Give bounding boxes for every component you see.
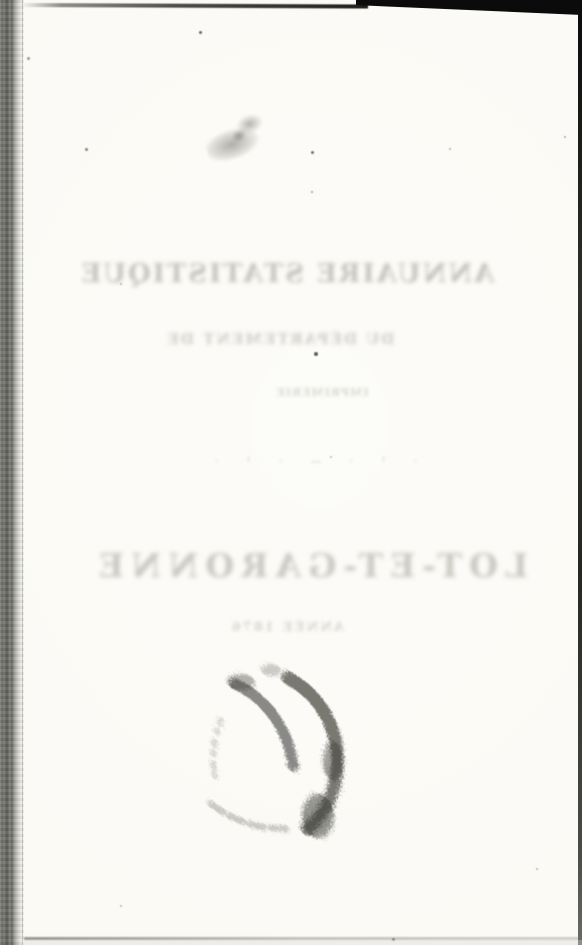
- paper-speck: [27, 57, 30, 60]
- scanned-book-page: { "colors": { "paper": "#fbfaf5", "bleed…: [0, 0, 582, 945]
- gutter-hairline: [22, 0, 23, 945]
- page-right-edge-line: [578, 10, 582, 945]
- paper-sheet: ANNUAIRE STATISTIQUE DU DÉPARTEMENT DE I…: [0, 0, 582, 945]
- book-gutter-edge: [0, 0, 24, 945]
- circular-ink-stamp: [193, 656, 368, 846]
- paper-speck: [330, 456, 332, 458]
- paper-speck: [199, 31, 202, 34]
- bleed-through-line-1: ANNUAIRE STATISTIQUE: [8, 261, 566, 287]
- paper-speck: [311, 191, 313, 193]
- paper-speck: [449, 148, 451, 150]
- page-bottom-strip: [24, 940, 582, 945]
- bleed-through-line-5: LOT-ET-GARONNE: [31, 549, 582, 582]
- finger-smudge-stain: [199, 106, 277, 169]
- bleed-through-line-3: IMPRIMERIE: [43, 387, 582, 398]
- paper-speck: [311, 151, 314, 154]
- paper-speck: [564, 136, 566, 138]
- paper-speck: [120, 283, 122, 285]
- paper-speck: [314, 352, 318, 356]
- paper-speck: [120, 905, 122, 907]
- bleed-through-line-4: · ¹ · — · ¹ ·: [31, 456, 582, 467]
- paper-speck: [85, 148, 88, 151]
- bleed-through-line-2: DU DÉPARTEMENT DE: [1, 332, 559, 347]
- bleed-through-line-6: ANNÉE 1876: [8, 621, 566, 634]
- stamp-blot-graphic: [193, 656, 368, 846]
- paper-speck: [536, 868, 538, 870]
